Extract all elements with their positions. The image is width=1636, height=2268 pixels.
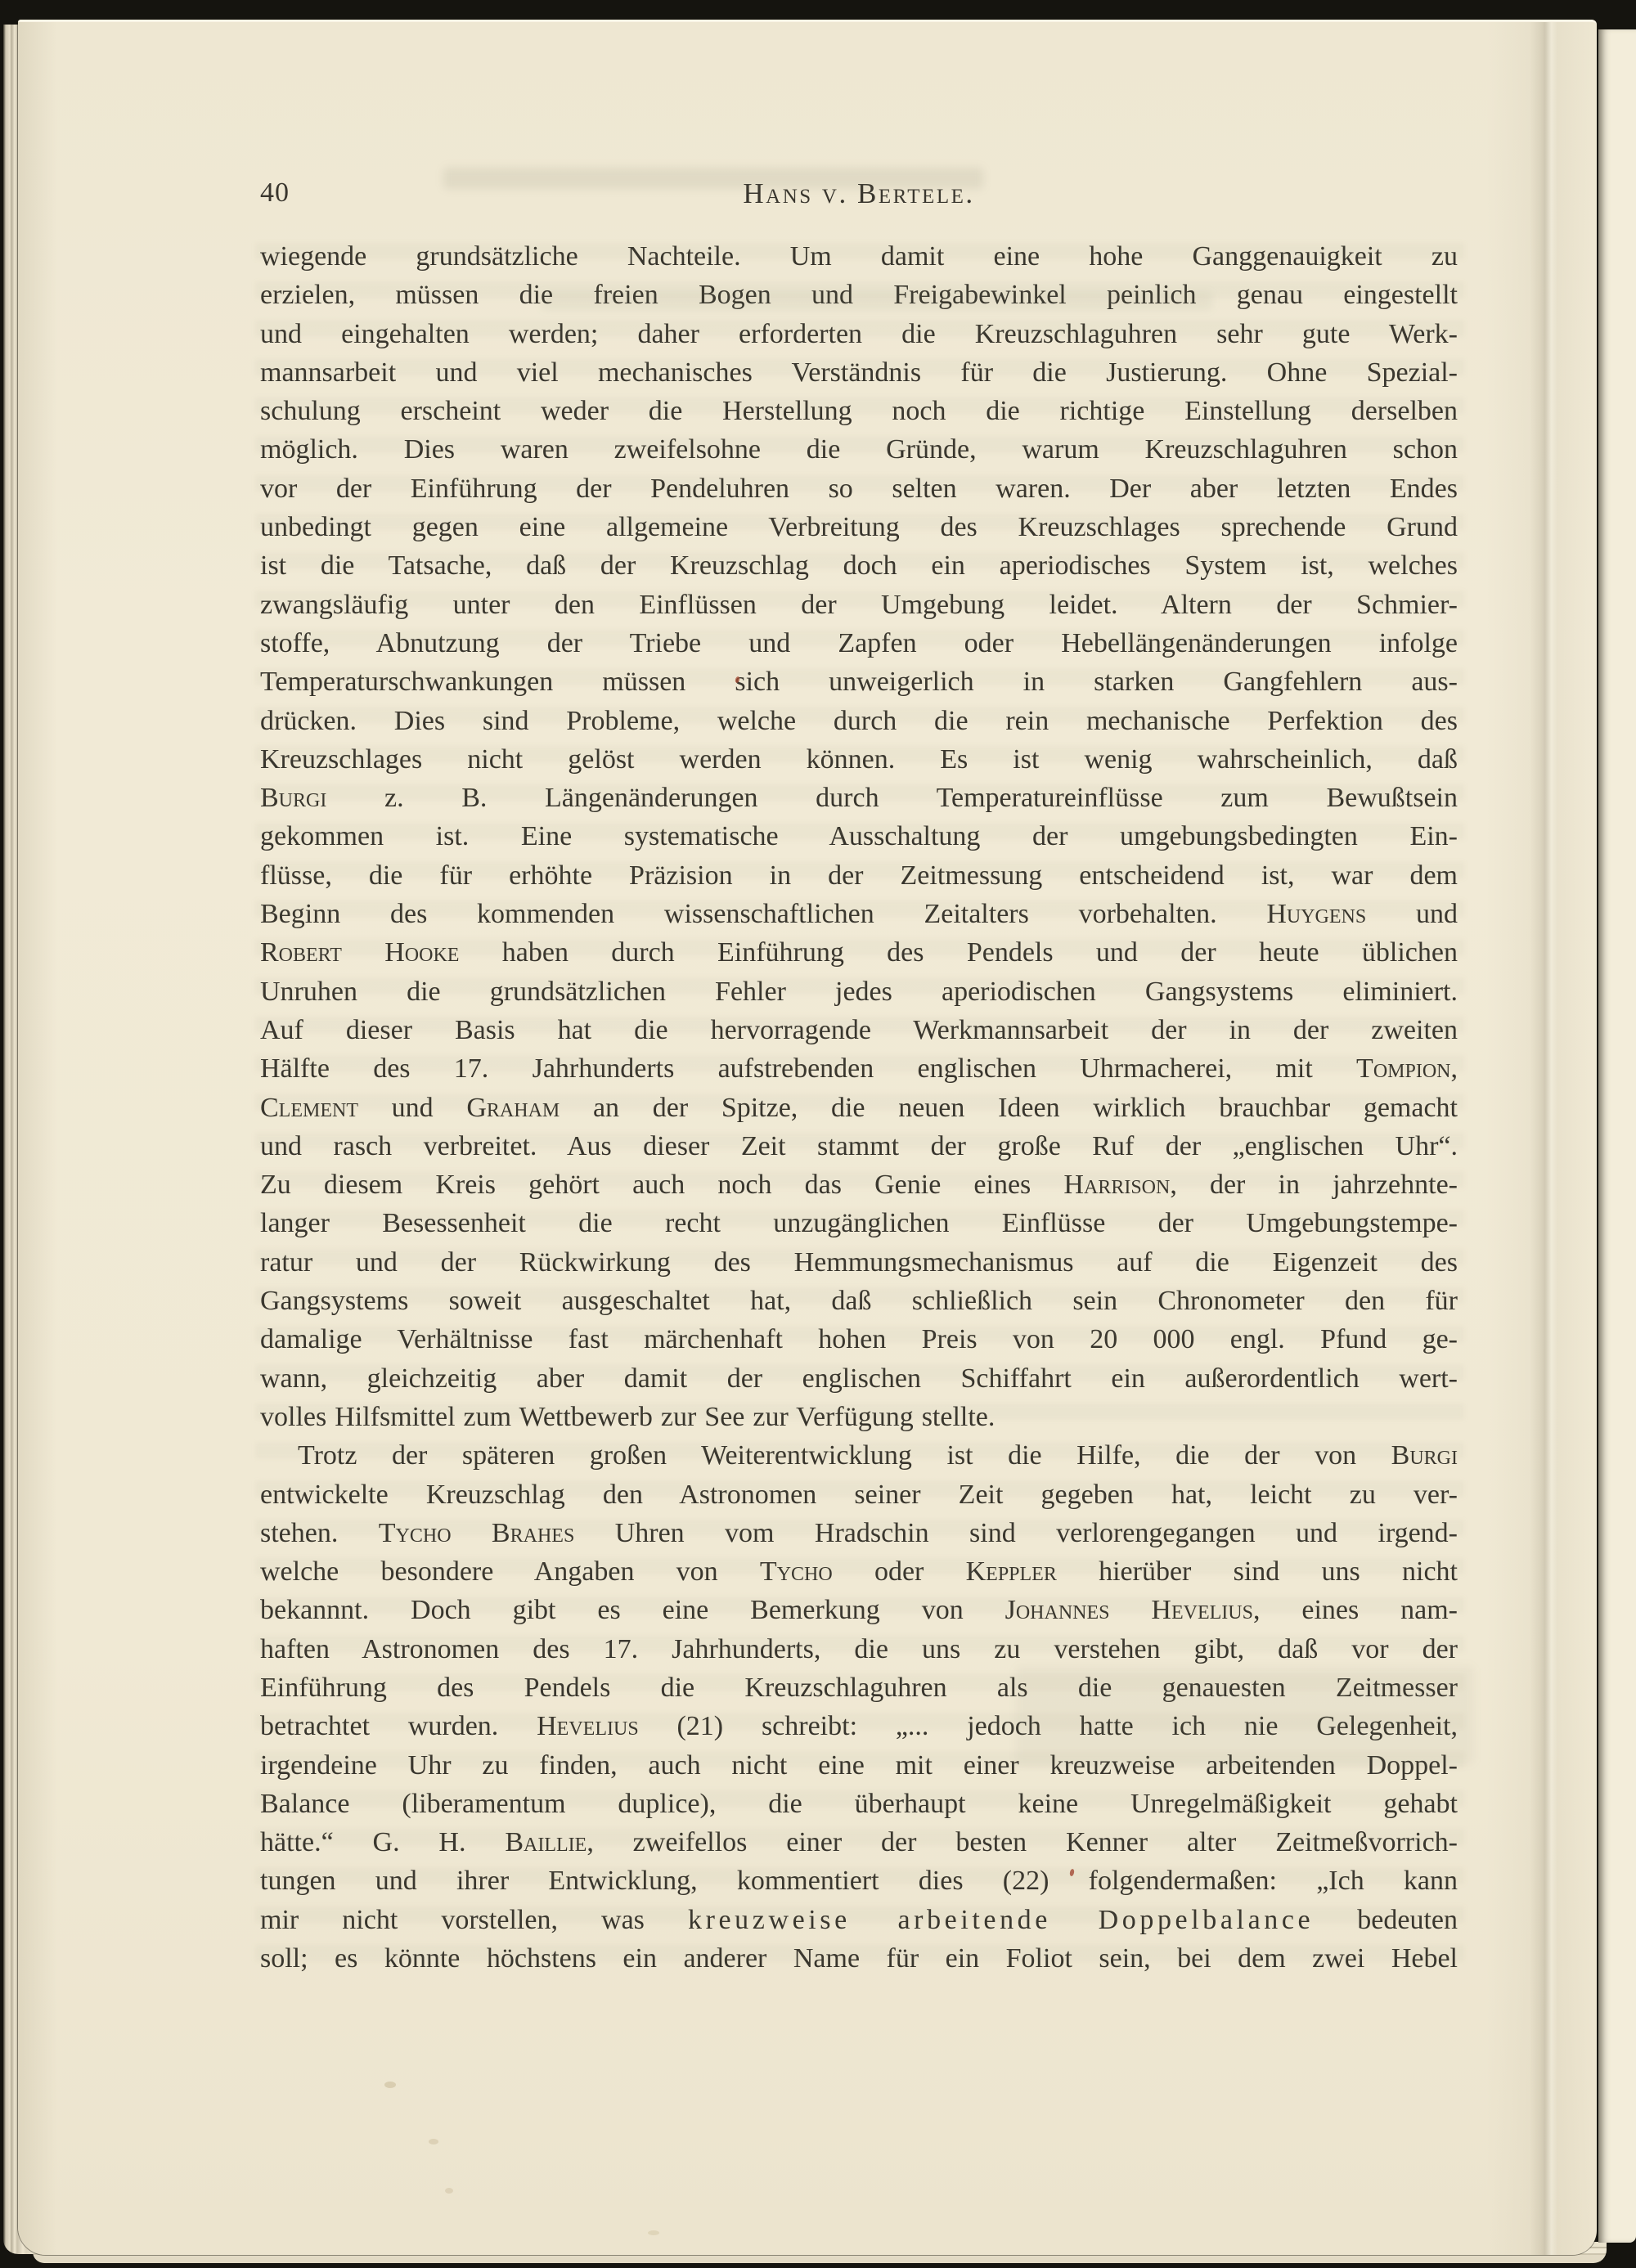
paper-speck — [445, 2188, 453, 2194]
text-line: Clement und Graham an der Spitze, die ne… — [260, 1089, 1458, 1127]
text-line: betrachtet wurden. Hevelius (21) schreib… — [260, 1707, 1458, 1745]
text-line: volles Hilfsmittel zum Wettbewerb zur Se… — [260, 1398, 1458, 1436]
text-line: erzielen, müssen die freien Bogen und Fr… — [260, 276, 1458, 314]
page-crease — [1530, 22, 1557, 2255]
text-line: ratur und der Rückwirkung des Hemmungsme… — [260, 1243, 1458, 1282]
text-line: flüsse, die für erhöhte Präzision in der… — [260, 856, 1458, 895]
text-line: damalige Verhältnisse fast märchenhaft h… — [260, 1320, 1458, 1359]
text-line: drücken. Dies sind Probleme, welche durc… — [260, 702, 1458, 740]
page-body: wiegende grundsätzliche Nachteile. Um da… — [260, 237, 1458, 1978]
text-line: möglich. Dies waren zweifelsohne die Grü… — [260, 430, 1458, 469]
text-line: Einführung des Pendels die Kreuzschlaguh… — [260, 1668, 1458, 1707]
text-line: Zu diesem Kreis gehört auch noch das Gen… — [260, 1165, 1458, 1204]
text-line: mir nicht vorstellen, was kreuzweise arb… — [260, 1901, 1458, 1939]
text-line: ist die Tatsache, daß der Kreuzschlag do… — [260, 546, 1458, 585]
text-line: langer Besessenheit die recht unzugängli… — [260, 1204, 1458, 1242]
text-line: Unruhen die grundsätzlichen Fehler jedes… — [260, 972, 1458, 1011]
text-line: Auf dieser Basis hat die hervorragende W… — [260, 1011, 1458, 1049]
text-line: Burgi z. B. Längenänderungen durch Tempe… — [260, 779, 1458, 817]
text-line: Kreuzschlages nicht gelöst werden können… — [260, 740, 1458, 779]
running-title: Hans v. Bertele. — [260, 177, 1458, 210]
text-line: wiegende grundsätzliche Nachteile. Um da… — [260, 237, 1458, 276]
paper-speck — [648, 2230, 659, 2235]
text-line: entwickelte Kreuzschlag den Astronomen s… — [260, 1475, 1458, 1514]
text-line: zwangsläufig unter den Einflüssen der Um… — [260, 586, 1458, 624]
next-page-edge — [1598, 29, 1636, 2243]
running-head: 40 Hans v. Bertele. — [260, 177, 1458, 213]
text-line: stoffe, Abnutzung der Triebe und Zapfen … — [260, 624, 1458, 662]
text-line: Hälfte des 17. Jahrhunderts aufstrebende… — [260, 1049, 1458, 1088]
text-line: Temperaturschwankungen müssen sich unwei… — [260, 662, 1458, 701]
scanned-book-spread: { "header": { "page_number": "40", "runn… — [0, 0, 1636, 2268]
text-line: soll; es könnte höchstens ein anderer Na… — [260, 1939, 1458, 1978]
text-line: Beginn des kommenden wissenschaftlichen … — [260, 895, 1458, 933]
text-line: gekommen ist. Eine systematische Ausscha… — [260, 817, 1458, 856]
text-line: stehen. Tycho Brahes Uhren vom Hradschin… — [260, 1514, 1458, 1552]
text-line: und eingehalten werden; daher erforderte… — [260, 315, 1458, 353]
text-line: wann, gleichzeitig aber damit der englis… — [260, 1359, 1458, 1398]
text-line: tungen und ihrer Entwicklung, kommentier… — [260, 1862, 1458, 1900]
text-line: Trotz der späteren großen Weiterentwickl… — [260, 1436, 1458, 1475]
text-line: unbedingt gegen eine allgemeine Verbreit… — [260, 508, 1458, 546]
text-line: und rasch verbreitet. Aus dieser Zeit st… — [260, 1127, 1458, 1165]
text-line: Robert Hooke haben durch Einführung des … — [260, 933, 1458, 972]
paper-speck — [429, 2139, 438, 2144]
text-line: bekannnt. Doch gibt es eine Bemerkung vo… — [260, 1591, 1458, 1629]
text-line: irgendeine Uhr zu finden, auch nicht ein… — [260, 1746, 1458, 1785]
paragraph: Trotz der späteren großen Weiterentwickl… — [260, 1436, 1458, 1978]
text-line: Balance (liberamentum duplice), die über… — [260, 1785, 1458, 1823]
text-line: Gangsystems soweit ausgeschaltet hat, da… — [260, 1282, 1458, 1320]
text-line: welche besondere Angaben von Tycho oder … — [260, 1552, 1458, 1591]
text-line: haften Astronomen des 17. Jahrhunderts, … — [260, 1630, 1458, 1668]
text-line: hätte.“ G. H. Baillie, zweifellos einer … — [260, 1823, 1458, 1862]
paper-speck — [384, 2082, 396, 2088]
text-line: vor der Einführung der Pendeluhren so se… — [260, 469, 1458, 508]
text-line: mannsarbeit und viel mechanisches Verstä… — [260, 353, 1458, 392]
paragraph: wiegende grundsätzliche Nachteile. Um da… — [260, 237, 1458, 1436]
book-page: 40 Hans v. Bertele. wiegende grundsätzli… — [18, 20, 1597, 2255]
text-line: schulung erscheint weder die Herstellung… — [260, 392, 1458, 430]
